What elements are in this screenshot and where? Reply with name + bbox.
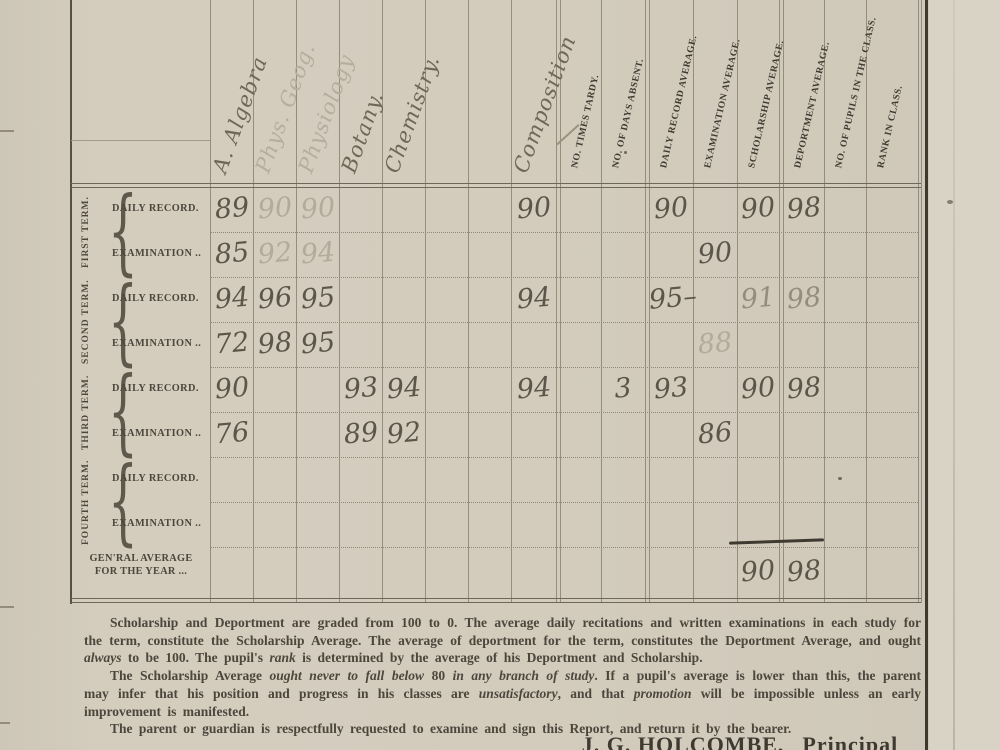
paper-crease bbox=[953, 0, 955, 750]
fold-mark bbox=[0, 606, 14, 608]
row-label-r8: EXAMINATION .. bbox=[112, 518, 201, 529]
grid-line-row bbox=[210, 277, 918, 278]
grid-line-vertical-double bbox=[645, 0, 646, 603]
grid-line-vertical-double bbox=[921, 0, 922, 603]
grade-cell-r1-phys_geog: 90 bbox=[251, 192, 297, 226]
grid-line-heavy bbox=[71, 187, 921, 188]
grade-cell-r2-physiology: 94 bbox=[294, 237, 340, 271]
grade-cell-r5-daily_avg: 93 bbox=[648, 372, 694, 406]
grade-cell-r2-exam_avg: 90 bbox=[692, 237, 738, 271]
grade-cell-r3-daily_avg: 95– bbox=[648, 282, 694, 316]
fold-mark bbox=[0, 722, 10, 724]
grade-cell-r1-physiology: 90 bbox=[294, 192, 340, 226]
grid-line-row bbox=[210, 502, 918, 503]
row-label-r6: EXAMINATION .. bbox=[112, 428, 201, 439]
grade-cell-r4-exam_avg: 88 bbox=[692, 327, 738, 361]
report-card-page: A. AlgebraPhys. Geog.PhysiologyBotany.Ch… bbox=[0, 0, 1000, 750]
dust-speck bbox=[838, 477, 842, 480]
handwritten-underline bbox=[729, 538, 824, 544]
grade-cell-r4-phys_geog: 98 bbox=[251, 327, 297, 361]
grade-cell-r4-algebra: 72 bbox=[208, 327, 254, 361]
grade-cell-r3-algebra: 94 bbox=[208, 282, 254, 316]
row-label-general-average: GEN'RAL AVERAGEFOR THE YEAR ... bbox=[72, 553, 210, 578]
grid-line-row bbox=[210, 547, 918, 548]
column-header-rank: RANK IN CLASS. bbox=[876, 84, 905, 169]
row-label-r5: DAILY RECORD. bbox=[112, 383, 199, 394]
grid-line-vertical bbox=[601, 0, 602, 603]
grid-line-row bbox=[210, 232, 918, 233]
grid-line-vertical bbox=[382, 0, 383, 603]
footnotes-text: Scholarship and Deportment are graded fr… bbox=[84, 614, 921, 738]
grade-cell-r6-botany: 89 bbox=[337, 417, 383, 451]
grade-cell-r5-botany: 93 bbox=[337, 372, 383, 406]
grade-cell-r3-deport_avg: 98 bbox=[780, 282, 826, 316]
grade-cell-r2-algebra: 85 bbox=[208, 237, 254, 271]
grade-cell-r4-physiology: 95 bbox=[294, 327, 340, 361]
label-column-line bbox=[71, 140, 210, 141]
grade-cell-r5-algebra: 90 bbox=[208, 372, 254, 406]
term-label-1: FIRST TERM. bbox=[78, 187, 94, 277]
column-header-chemistry: Chemistry. bbox=[380, 52, 445, 176]
grid-line-vertical bbox=[468, 0, 469, 603]
dust-speck bbox=[947, 200, 953, 204]
grade-cell-r5-composition: 94 bbox=[510, 372, 556, 406]
table-left-rule bbox=[70, 0, 72, 604]
grade-cell-r6-chemistry: 92 bbox=[380, 417, 426, 451]
grade-cell-r5-schol_avg: 90 bbox=[735, 372, 781, 406]
column-header-pupils: NO. OF PUPILS IN THE CLASS. bbox=[834, 16, 879, 169]
principal-name: J. G. HOLCOMBE, bbox=[582, 732, 785, 750]
term-label-4: FOURTH TERM. bbox=[78, 457, 94, 547]
grade-cell-r1-daily_avg: 90 bbox=[648, 192, 694, 226]
fold-mark bbox=[0, 130, 14, 132]
grid-line-heavy bbox=[71, 598, 921, 599]
grid-line-row bbox=[210, 457, 918, 458]
grade-cell-r1-deport_avg: 98 bbox=[780, 192, 826, 226]
row-label-r7: DAILY RECORD. bbox=[112, 473, 199, 484]
dust-speck bbox=[624, 151, 627, 154]
grid-line-vertical-double bbox=[918, 0, 919, 603]
grade-cell-r5-deport_avg: 98 bbox=[780, 372, 826, 406]
column-header-deport_avg: DEPORTMENT AVERAGE. bbox=[793, 41, 832, 169]
grade-cell-r3-schol_avg: 91 bbox=[735, 282, 781, 316]
grid-line-vertical bbox=[866, 0, 867, 603]
grade-cell-r9-deport_avg: 98 bbox=[780, 555, 826, 589]
grade-cell-r3-physiology: 95 bbox=[294, 282, 340, 316]
principal-role: Principal bbox=[802, 732, 898, 750]
column-header-absent: NO. OF DAYS ABSENT. bbox=[611, 58, 646, 170]
grid-line-heavy bbox=[71, 602, 921, 603]
grade-cell-r9-schol_avg: 90 bbox=[735, 555, 781, 589]
grade-cell-r1-schol_avg: 90 bbox=[735, 192, 781, 226]
row-label-r4: EXAMINATION .. bbox=[112, 338, 201, 349]
grid-line-row bbox=[210, 367, 918, 368]
term-label-3: THIRD TERM. bbox=[78, 367, 94, 457]
grade-cell-r1-algebra: 89 bbox=[208, 192, 254, 226]
column-header-schol_avg: SCHOLARSHIP AVERAGE. bbox=[747, 39, 786, 169]
footnote-paragraph-1: Scholarship and Deportment are graded fr… bbox=[84, 614, 921, 667]
grade-cell-r6-algebra: 76 bbox=[208, 417, 254, 451]
term-label-2: SECOND TERM. bbox=[78, 277, 94, 367]
column-header-tardy: NO. TIMES TARDY. bbox=[570, 74, 601, 170]
grade-cell-r3-phys_geog: 96 bbox=[251, 282, 297, 316]
grade-cell-r5-absent: 3 bbox=[600, 372, 646, 406]
grid-line-heavy bbox=[71, 183, 921, 184]
grid-line-row bbox=[210, 412, 918, 413]
row-label-r2: EXAMINATION .. bbox=[112, 248, 201, 259]
page-edge-strip bbox=[929, 0, 1000, 750]
column-header-composition: Composition bbox=[509, 32, 581, 176]
row-label-r1: DAILY RECORD. bbox=[112, 203, 199, 214]
grade-cell-r3-composition: 94 bbox=[510, 282, 556, 316]
grade-cell-r1-composition: 90 bbox=[510, 192, 556, 226]
footnote-paragraph-2: The Scholarship Average ought never to f… bbox=[84, 667, 921, 720]
principal-signature: J. G. HOLCOMBE,Principal bbox=[540, 732, 940, 750]
grade-cell-r2-phys_geog: 92 bbox=[251, 237, 297, 271]
row-label-r3: DAILY RECORD. bbox=[112, 293, 199, 304]
grid-line-row bbox=[210, 322, 918, 323]
page-fold-edge bbox=[925, 0, 928, 750]
grade-cell-r6-exam_avg: 86 bbox=[692, 417, 738, 451]
grade-cell-r5-chemistry: 94 bbox=[380, 372, 426, 406]
